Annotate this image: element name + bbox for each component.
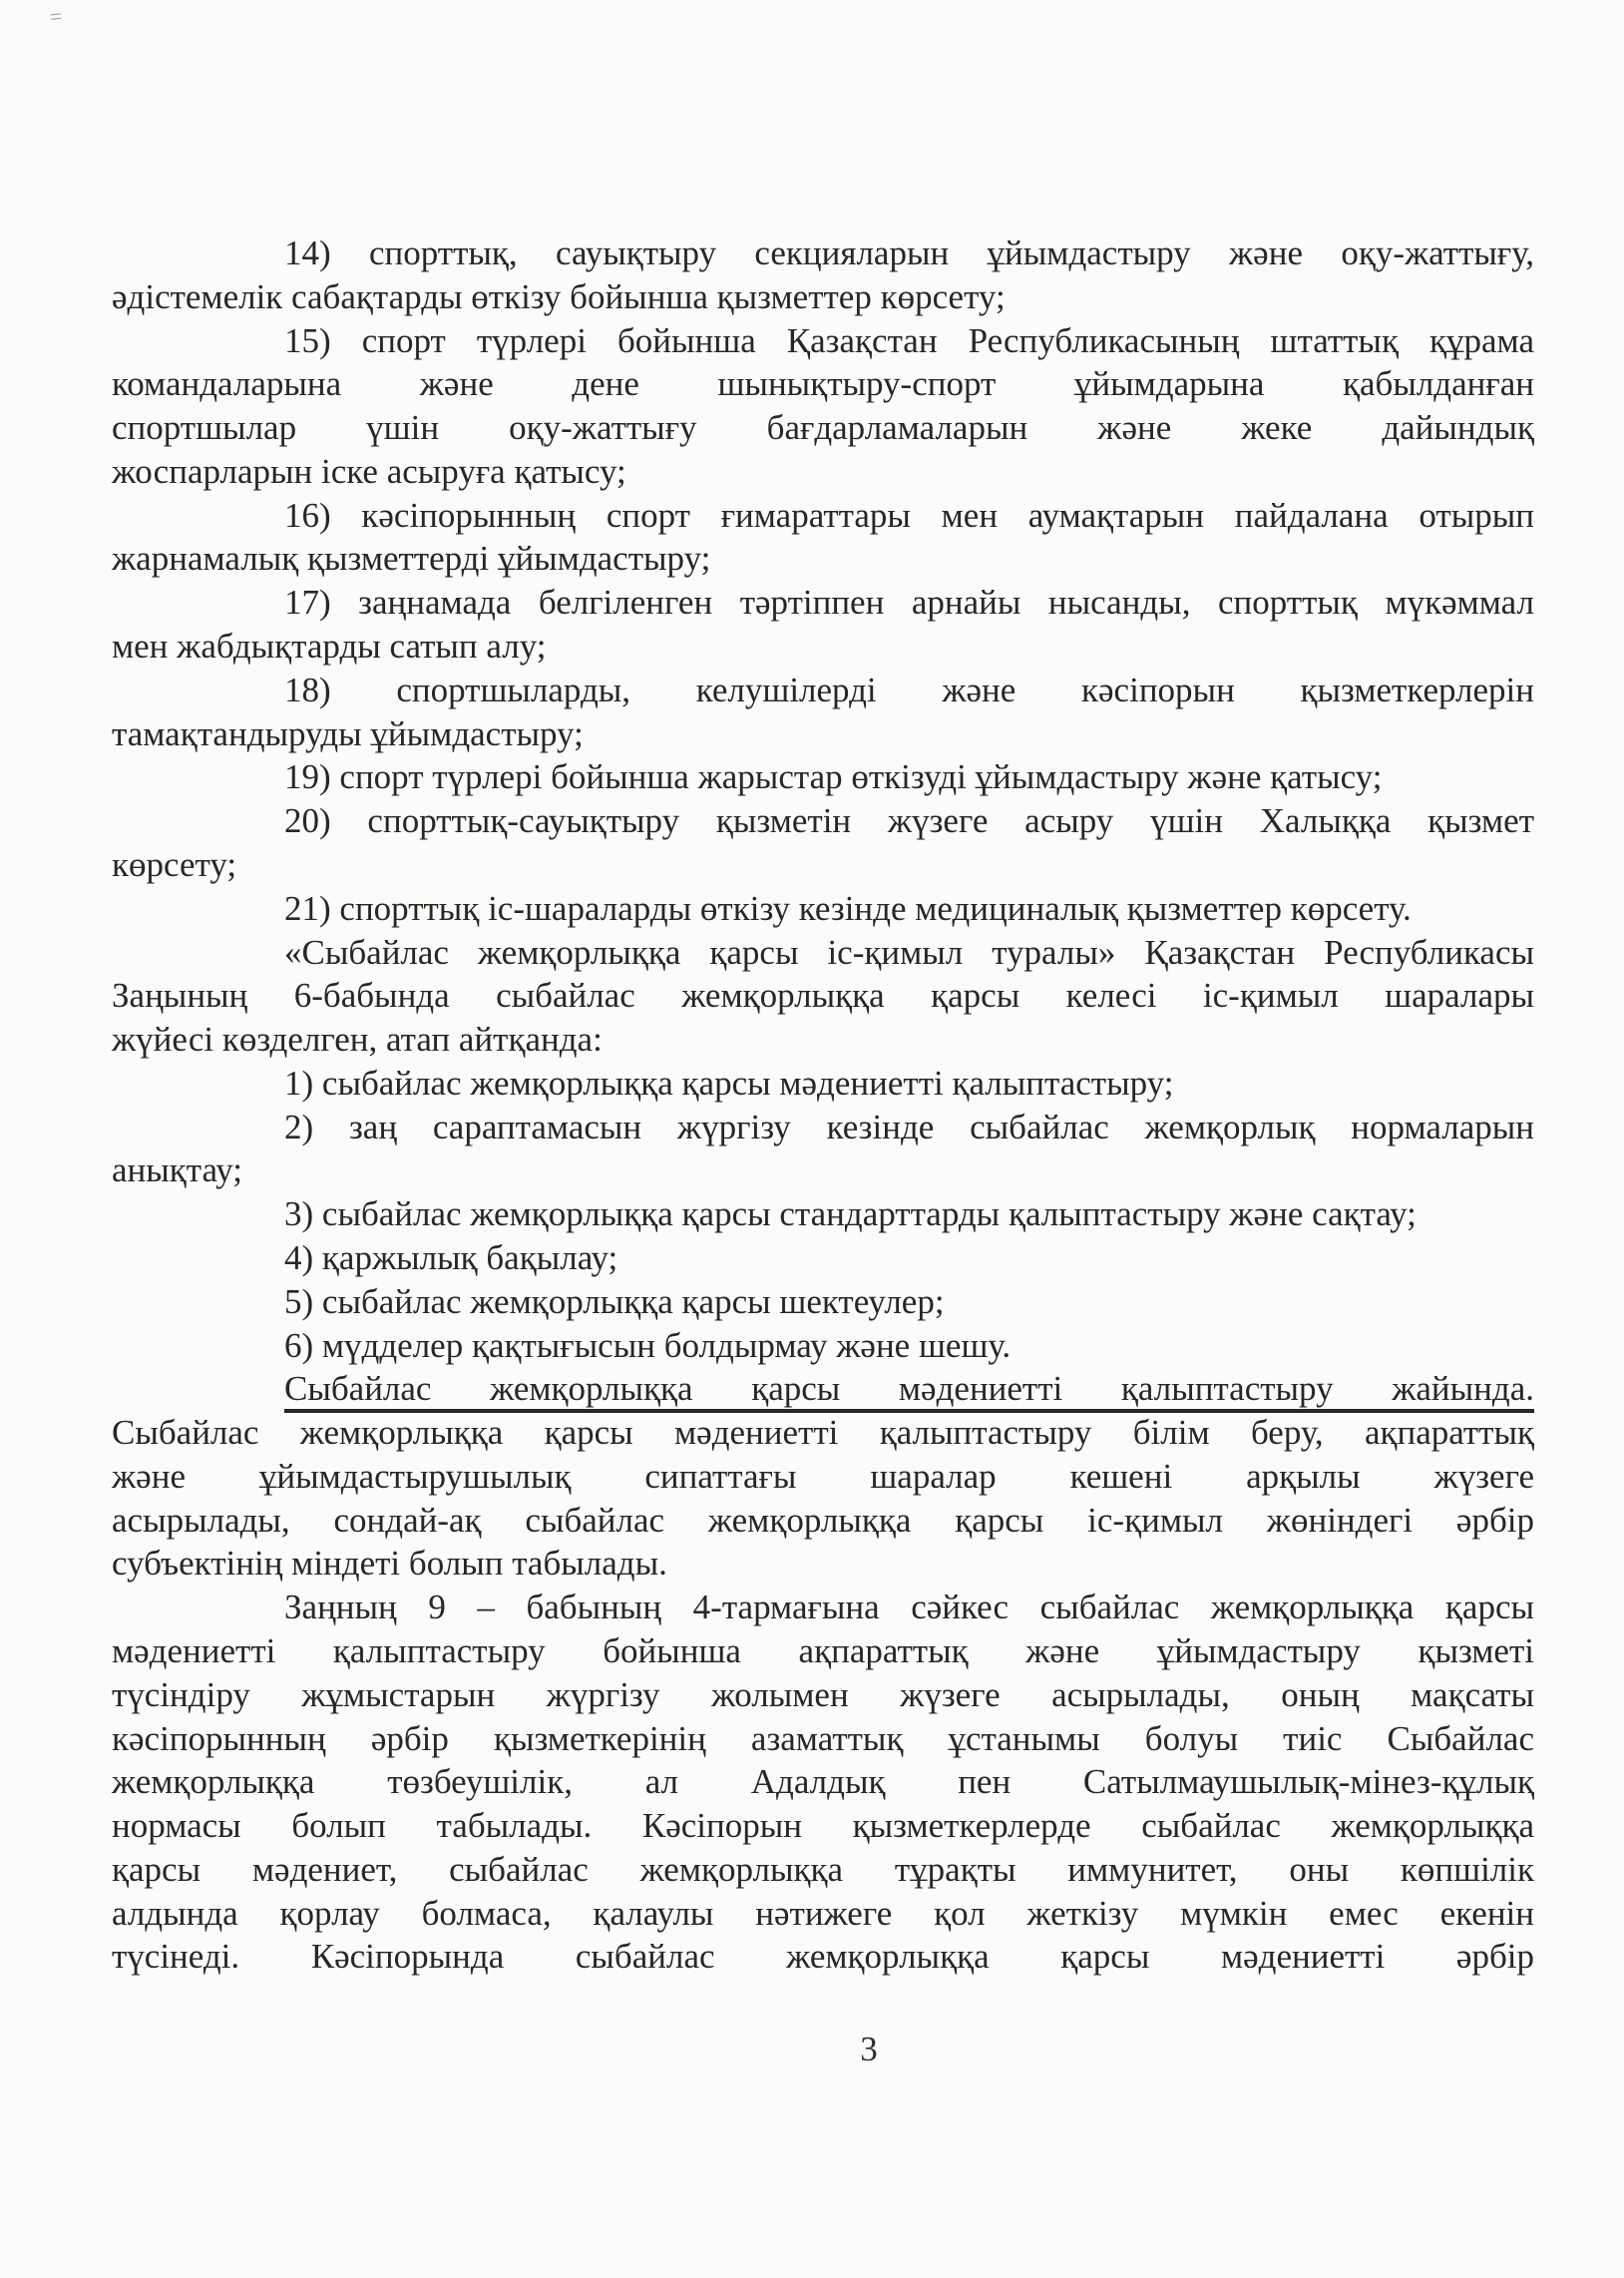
text-line: жарнамалық қызметтерді ұйымдастыру; <box>112 537 1534 581</box>
text-line: жоспарларын іске асыруға қатысу; <box>112 450 1534 494</box>
text-block: 14) спорттық, сауықтыру секцияларын ұйым… <box>112 231 1534 1979</box>
text-line: 2) заң сараптамасын жүргізу кезінде сыба… <box>112 1106 1534 1149</box>
text-line: нормасы болып табылады. Кәсіпорын қызмет… <box>112 1804 1534 1848</box>
text-line: 16) кәсіпорынның спорт ғимараттары мен а… <box>112 494 1534 538</box>
text-line: субъектінің міндеті болып табылады. <box>112 1542 1534 1586</box>
text-line: 6) мүдделер қақтығысын болдырмау және ше… <box>112 1324 1534 1368</box>
text-line: тамақтандыруды ұйымдастыру; <box>112 712 1534 756</box>
text-line: және ұйымдастырушылық сипаттағы шаралар … <box>112 1455 1534 1499</box>
text-line: 20) спорттық-сауықтыру қызметін жүзеге а… <box>112 799 1534 843</box>
text-line: асырылады, сондай-ақ сыбайлас жемқорлыққ… <box>112 1499 1534 1543</box>
text-line: 5) сыбайлас жемқорлыққа қарсы шектеулер; <box>112 1280 1534 1324</box>
page-number: 3 <box>158 2028 1580 2071</box>
text-line: 1) сыбайлас жемқорлыққа қарсы мәдениетті… <box>112 1062 1534 1106</box>
text-line: Заңның 9 – бабының 4-тармағына сәйкес сы… <box>112 1586 1534 1629</box>
text-line: әдістемелік сабақтарды өткізу бойынша қы… <box>112 275 1534 319</box>
document-page: = 14) спорттық, сауықтыру секцияларын ұй… <box>0 0 1624 2278</box>
text-line: жемқорлыққа төзбеушілік, ал Адалдық пен … <box>112 1760 1534 1804</box>
text-line: Заңының 6-бабында сыбайлас жемқорлыққа қ… <box>112 974 1534 1018</box>
text-line: 19) спорт түрлері бойынша жарыстар өткіз… <box>112 755 1534 799</box>
text-line: командаларына және дене шынықтыру-спорт … <box>112 362 1534 406</box>
text-line: кәсіпорынның әрбір қызметкерінің азаматт… <box>112 1717 1534 1761</box>
text-line: Сыбайлас жемқорлыққа қарсы мәдениетті қа… <box>112 1411 1534 1455</box>
text-line: мәдениетті қалыптастыру бойынша ақпаратт… <box>112 1629 1534 1673</box>
text-line: 4) қаржылық бақылау; <box>112 1236 1534 1280</box>
text-line: 15) спорт түрлері бойынша Қазақстан Респ… <box>112 319 1534 363</box>
text-line: жүйесі көзделген, атап айтқанда: <box>112 1018 1534 1062</box>
text-line: спортшылар үшін оқу-жаттығу бағдарламала… <box>112 406 1534 450</box>
scan-artifact-mark: = <box>49 4 62 31</box>
text-line: түсіндіру жұмыстарын жүргізу жолымен жүз… <box>112 1673 1534 1717</box>
text-line: 14) спорттық, сауықтыру секцияларын ұйым… <box>112 231 1534 275</box>
text-line: 17) заңнамада белгіленген тәртіппен арна… <box>112 581 1534 625</box>
text-line: анықтау; <box>112 1148 1534 1192</box>
text-line: 21) спорттық іс-шараларды өткізу кезінде… <box>112 887 1534 931</box>
text-line: 3) сыбайлас жемқорлыққа қарсы стандартта… <box>112 1192 1534 1236</box>
underlined-heading-line: Сыбайлас жемқорлыққа қарсы мәдениетті қа… <box>284 1367 1534 1411</box>
text-line: мен жабдықтарды сатып алу; <box>112 625 1534 669</box>
text-line: алдында қорлау болмаса, қалаулы нәтижеге… <box>112 1892 1534 1936</box>
text-line: қарсы мәдениет, сыбайлас жемқорлыққа тұр… <box>112 1848 1534 1892</box>
text-line: «Сыбайлас жемқорлыққа қарсы іс-қимыл тур… <box>112 931 1534 975</box>
text-line: түсінеді. Кәсіпорында сыбайлас жемқорлық… <box>112 1935 1534 1979</box>
text-line: көрсету; <box>112 843 1534 887</box>
text-line: 18) спортшыларды, келушілерді және кәсіп… <box>112 669 1534 712</box>
